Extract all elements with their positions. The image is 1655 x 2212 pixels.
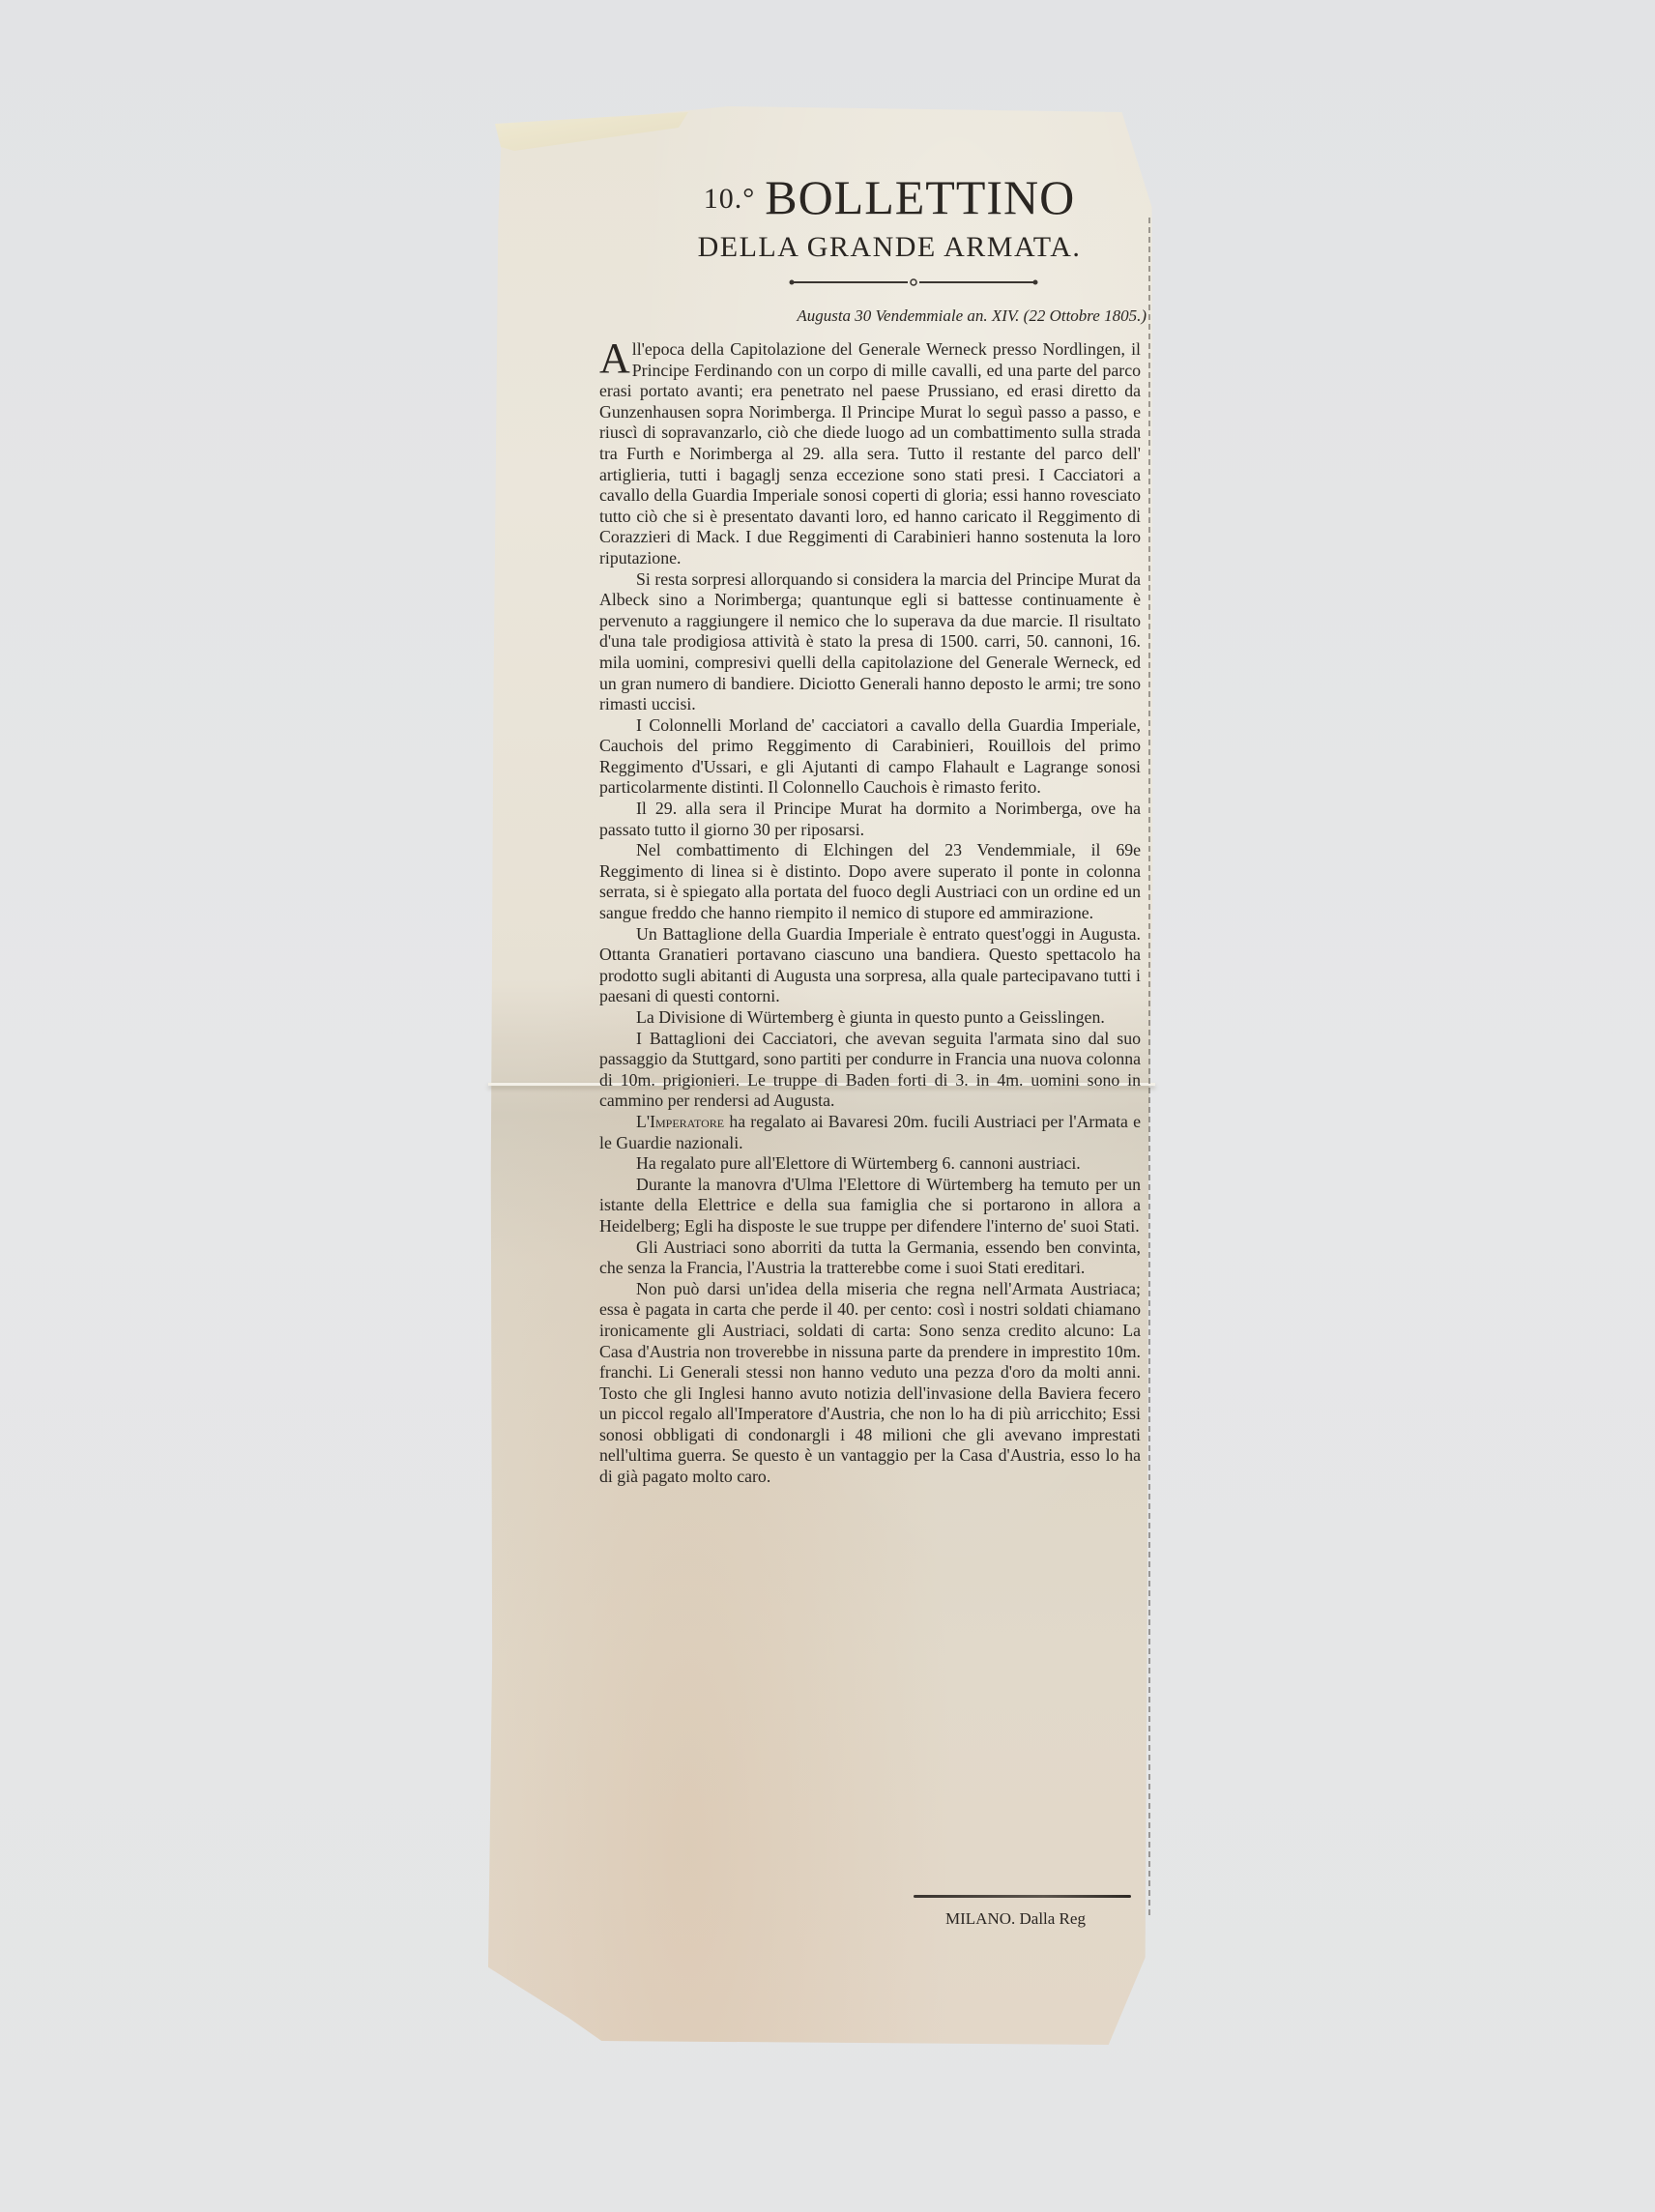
paragraph: Gli Austriaci sono aborriti da tutta la … — [599, 1237, 1141, 1279]
bulletin-title: BOLLETTINO — [765, 170, 1075, 224]
bulletin-number: 10.° — [704, 183, 756, 215]
emperor-smallcaps: L'Imperatore — [636, 1112, 724, 1131]
paragraph: I Colonnelli Morland de' cacciatori a ca… — [599, 715, 1141, 799]
bulletin-subtitle: DELLA GRANDE ARMATA. — [638, 231, 1141, 264]
paragraph: Nel combattimento di Elchingen del 23 Ve… — [599, 840, 1141, 923]
drop-cap: A — [599, 341, 630, 376]
paragraph: Un Battaglione della Guardia Imperiale è… — [599, 924, 1141, 1007]
paragraph: La Divisione di Würtemberg è giunta in q… — [599, 1007, 1141, 1029]
paragraph: Il 29. alla sera il Principe Murat ha do… — [599, 799, 1141, 840]
paragraph: All'epoca della Capitolazione del Genera… — [599, 339, 1141, 569]
paragraph: L'Imperatore ha regalato ai Bavaresi 20m… — [599, 1112, 1141, 1153]
paragraph: Si resta sorpresi allorquando si conside… — [599, 569, 1141, 715]
paper-right-edge — [1148, 218, 1150, 1919]
paragraph: Non può darsi un'idea della miseria che … — [599, 1279, 1141, 1488]
footer-rule — [914, 1895, 1131, 1898]
bulletin-content: 10.°BOLLETTINO DELLA GRANDE ARMATA. Augu… — [599, 169, 1141, 1488]
paragraph: I Battaglioni dei Cacciatori, che avevan… — [599, 1029, 1141, 1112]
paragraph: Durante la manovra d'Ulma l'Elettore di … — [599, 1175, 1141, 1237]
bulletin-body: All'epoca della Capitolazione del Genera… — [599, 339, 1141, 1488]
dateline: Augusta 30 Vendemmiale an. XIV. (22 Otto… — [599, 306, 1147, 326]
title-block: 10.°BOLLETTINO — [638, 169, 1141, 225]
printer-imprint: MILANO. Dalla Reg — [945, 1909, 1086, 1929]
ornament-rule-icon — [788, 277, 1039, 287]
paragraph: Ha regalato pure all'Elettore di Würtemb… — [599, 1153, 1141, 1175]
